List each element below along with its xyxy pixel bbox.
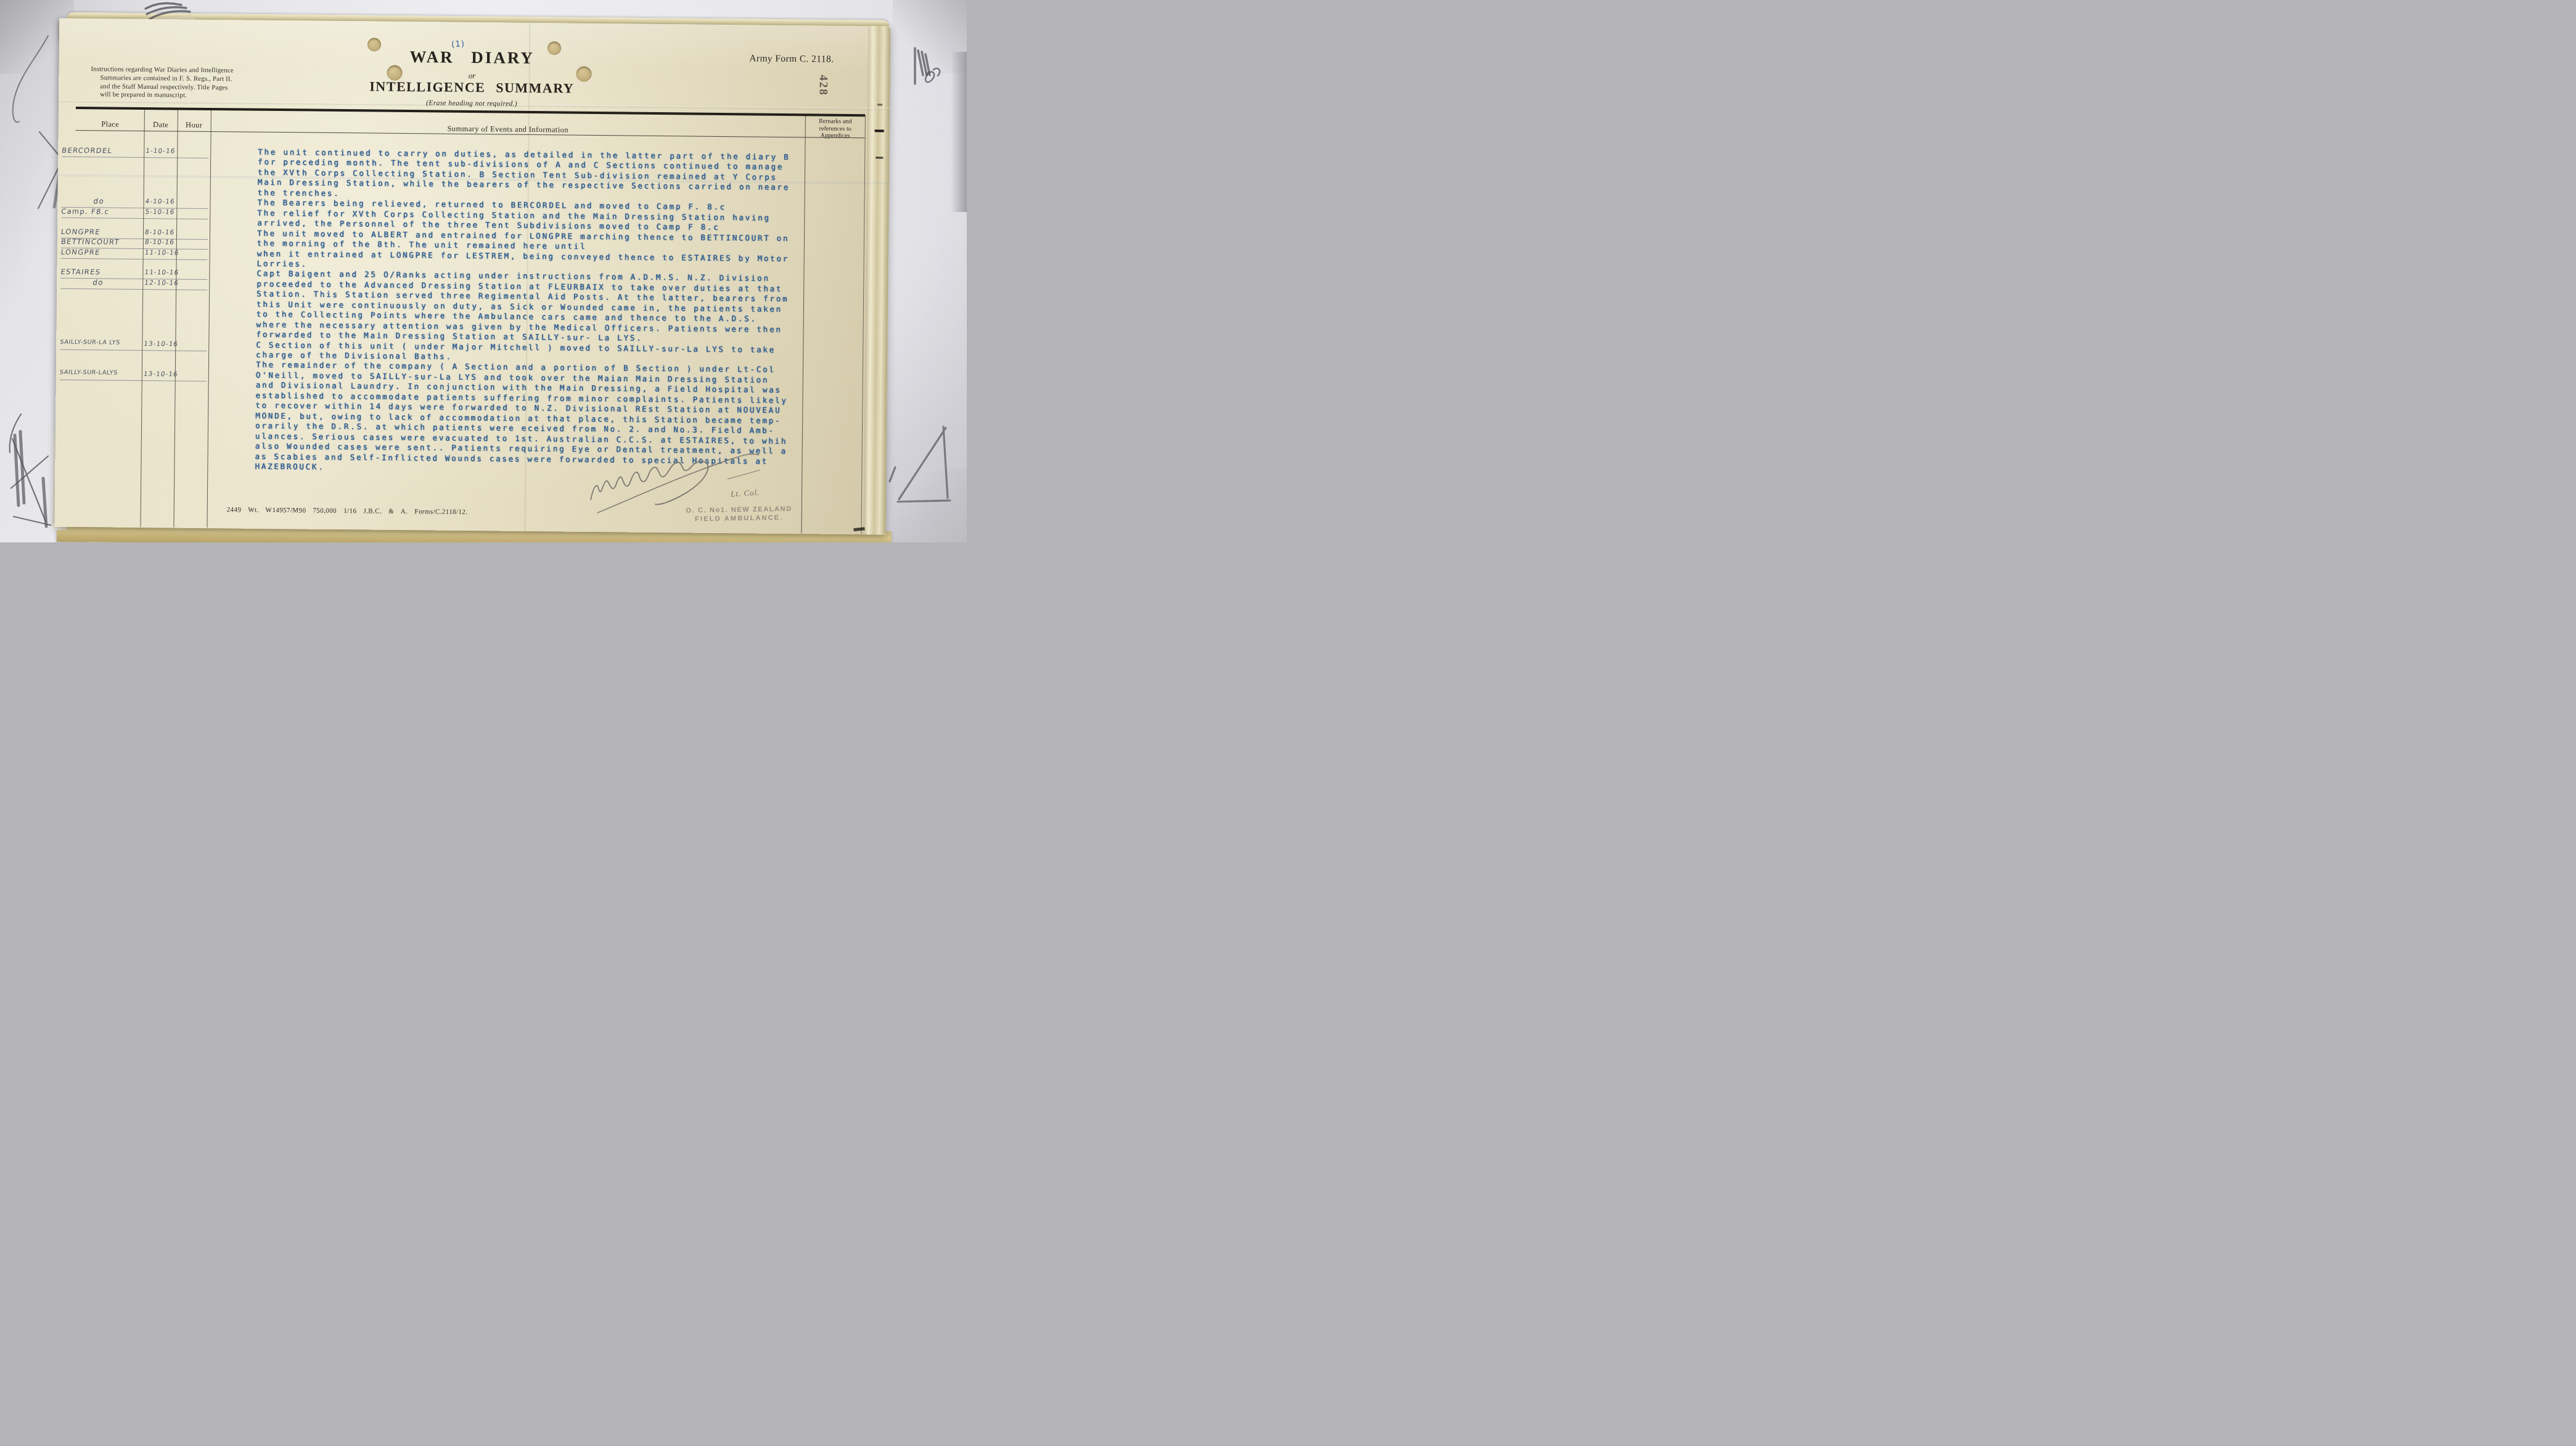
photographed-war-diary-page: Instructions regarding War Diaries and I… bbox=[0, 0, 967, 542]
instructions-line: will be prepared in manuscript. bbox=[91, 91, 282, 102]
printers-imprint: 2449 Wt. W14957/M90 750,000 1/16 J.B.C. … bbox=[227, 506, 468, 516]
place-date-entry: BERCORDEL1-10-16 bbox=[62, 147, 208, 158]
column-divider-hour-summary bbox=[207, 108, 211, 528]
handwritten-place: do bbox=[93, 197, 105, 205]
handwritten-place: SAILLY-SUR-LA LYS bbox=[60, 338, 121, 346]
diary-typed-line: HAZEBROUCK. bbox=[255, 462, 324, 472]
handwritten-date: 8-10-16 bbox=[144, 239, 175, 246]
army-form-number: Army Form C. 2118. bbox=[719, 53, 864, 65]
handwritten-date: 11-10-16 bbox=[144, 248, 179, 256]
handwritten-date: 11-10-16 bbox=[144, 269, 179, 277]
place-date-entry: SAILLY-SUR-LA LYS13-10-16 bbox=[60, 339, 207, 351]
binding-mark bbox=[875, 129, 884, 132]
handwritten-place: LONGPRE bbox=[60, 247, 101, 256]
handwritten-date: 12-10-16 bbox=[144, 279, 179, 287]
diary-typed-line: when it entrained at LONGPRE for LESTREM… bbox=[257, 248, 789, 263]
form-instructions: Instructions regarding War Diaries and I… bbox=[91, 65, 282, 101]
handwritten-place: do bbox=[92, 278, 104, 287]
handwritten-place: ESTAIRES bbox=[60, 268, 102, 277]
column-header-summary: Summary of Events and Information bbox=[385, 124, 631, 136]
column-divider-place-date bbox=[140, 108, 145, 527]
diary-typed-line: the trenches. bbox=[258, 188, 340, 198]
diary-typed-line: Lorries. bbox=[257, 259, 308, 269]
handwritten-place: Camp. F8.c bbox=[60, 206, 110, 216]
place-date-entry: SAILLY-SUR-LALYS13-10-16 bbox=[60, 370, 207, 382]
column-header-hour: Hour bbox=[163, 120, 225, 131]
form-title-war-diary: WAR DIARY bbox=[324, 47, 620, 69]
handwritten-place: BETTINCOURT bbox=[60, 237, 120, 247]
handwritten-date: 13-10-16 bbox=[143, 370, 178, 378]
place-date-entry: do12-10-16 bbox=[60, 278, 207, 290]
signature-rank-lt-col: Lt. Col. bbox=[731, 488, 760, 499]
handwritten-place: LONGPRE bbox=[60, 227, 101, 236]
handwritten-date: 5-10-16 bbox=[144, 208, 175, 216]
diary-typed-line: charge of the Divisional Baths. bbox=[256, 350, 453, 361]
remarks-header-line: references to bbox=[806, 125, 865, 133]
column-header-remarks: Remarks and references to Appendices bbox=[806, 118, 865, 140]
remarks-header-line: Remarks and bbox=[806, 118, 865, 126]
stamp-line: FIELD AMBULANCE. bbox=[656, 513, 822, 523]
binding-mark bbox=[877, 104, 882, 105]
archive-stamp-number: 428 bbox=[816, 75, 829, 96]
remarks-header-line: Appendices bbox=[806, 132, 865, 140]
place-date-entry: Camp. F8.c5-10-16 bbox=[61, 207, 208, 219]
handwritten-date: 8-10-16 bbox=[144, 229, 175, 236]
stacked-sheet-edge bbox=[951, 52, 967, 212]
handwritten-date: 4-10-16 bbox=[145, 198, 176, 205]
handwritten-place: BERCORDEL bbox=[61, 146, 113, 155]
column-divider-summary-remarks bbox=[801, 114, 806, 533]
handwritten-date: 1-10-16 bbox=[145, 147, 176, 155]
form-title-intelligence-summary: INTELLIGENCE SUMMARY bbox=[324, 78, 620, 97]
unit-rubber-stamp: O. C. No1. NEW ZEALAND FIELD AMBULANCE. bbox=[656, 505, 822, 523]
handwritten-place: SAILLY-SUR-LALYS bbox=[59, 369, 118, 377]
army-form-paper: Instructions regarding War Diaries and I… bbox=[54, 18, 890, 535]
handwritten-date: 13-10-16 bbox=[143, 340, 178, 348]
erase-heading-note: (Erase heading not required.) bbox=[324, 99, 620, 109]
column-divider-date-hour bbox=[173, 108, 178, 527]
backdrop-shadow-corner bbox=[893, 468, 967, 542]
binding-mark bbox=[876, 157, 883, 158]
place-date-entry: LONGPRE11-10-16 bbox=[61, 248, 208, 259]
